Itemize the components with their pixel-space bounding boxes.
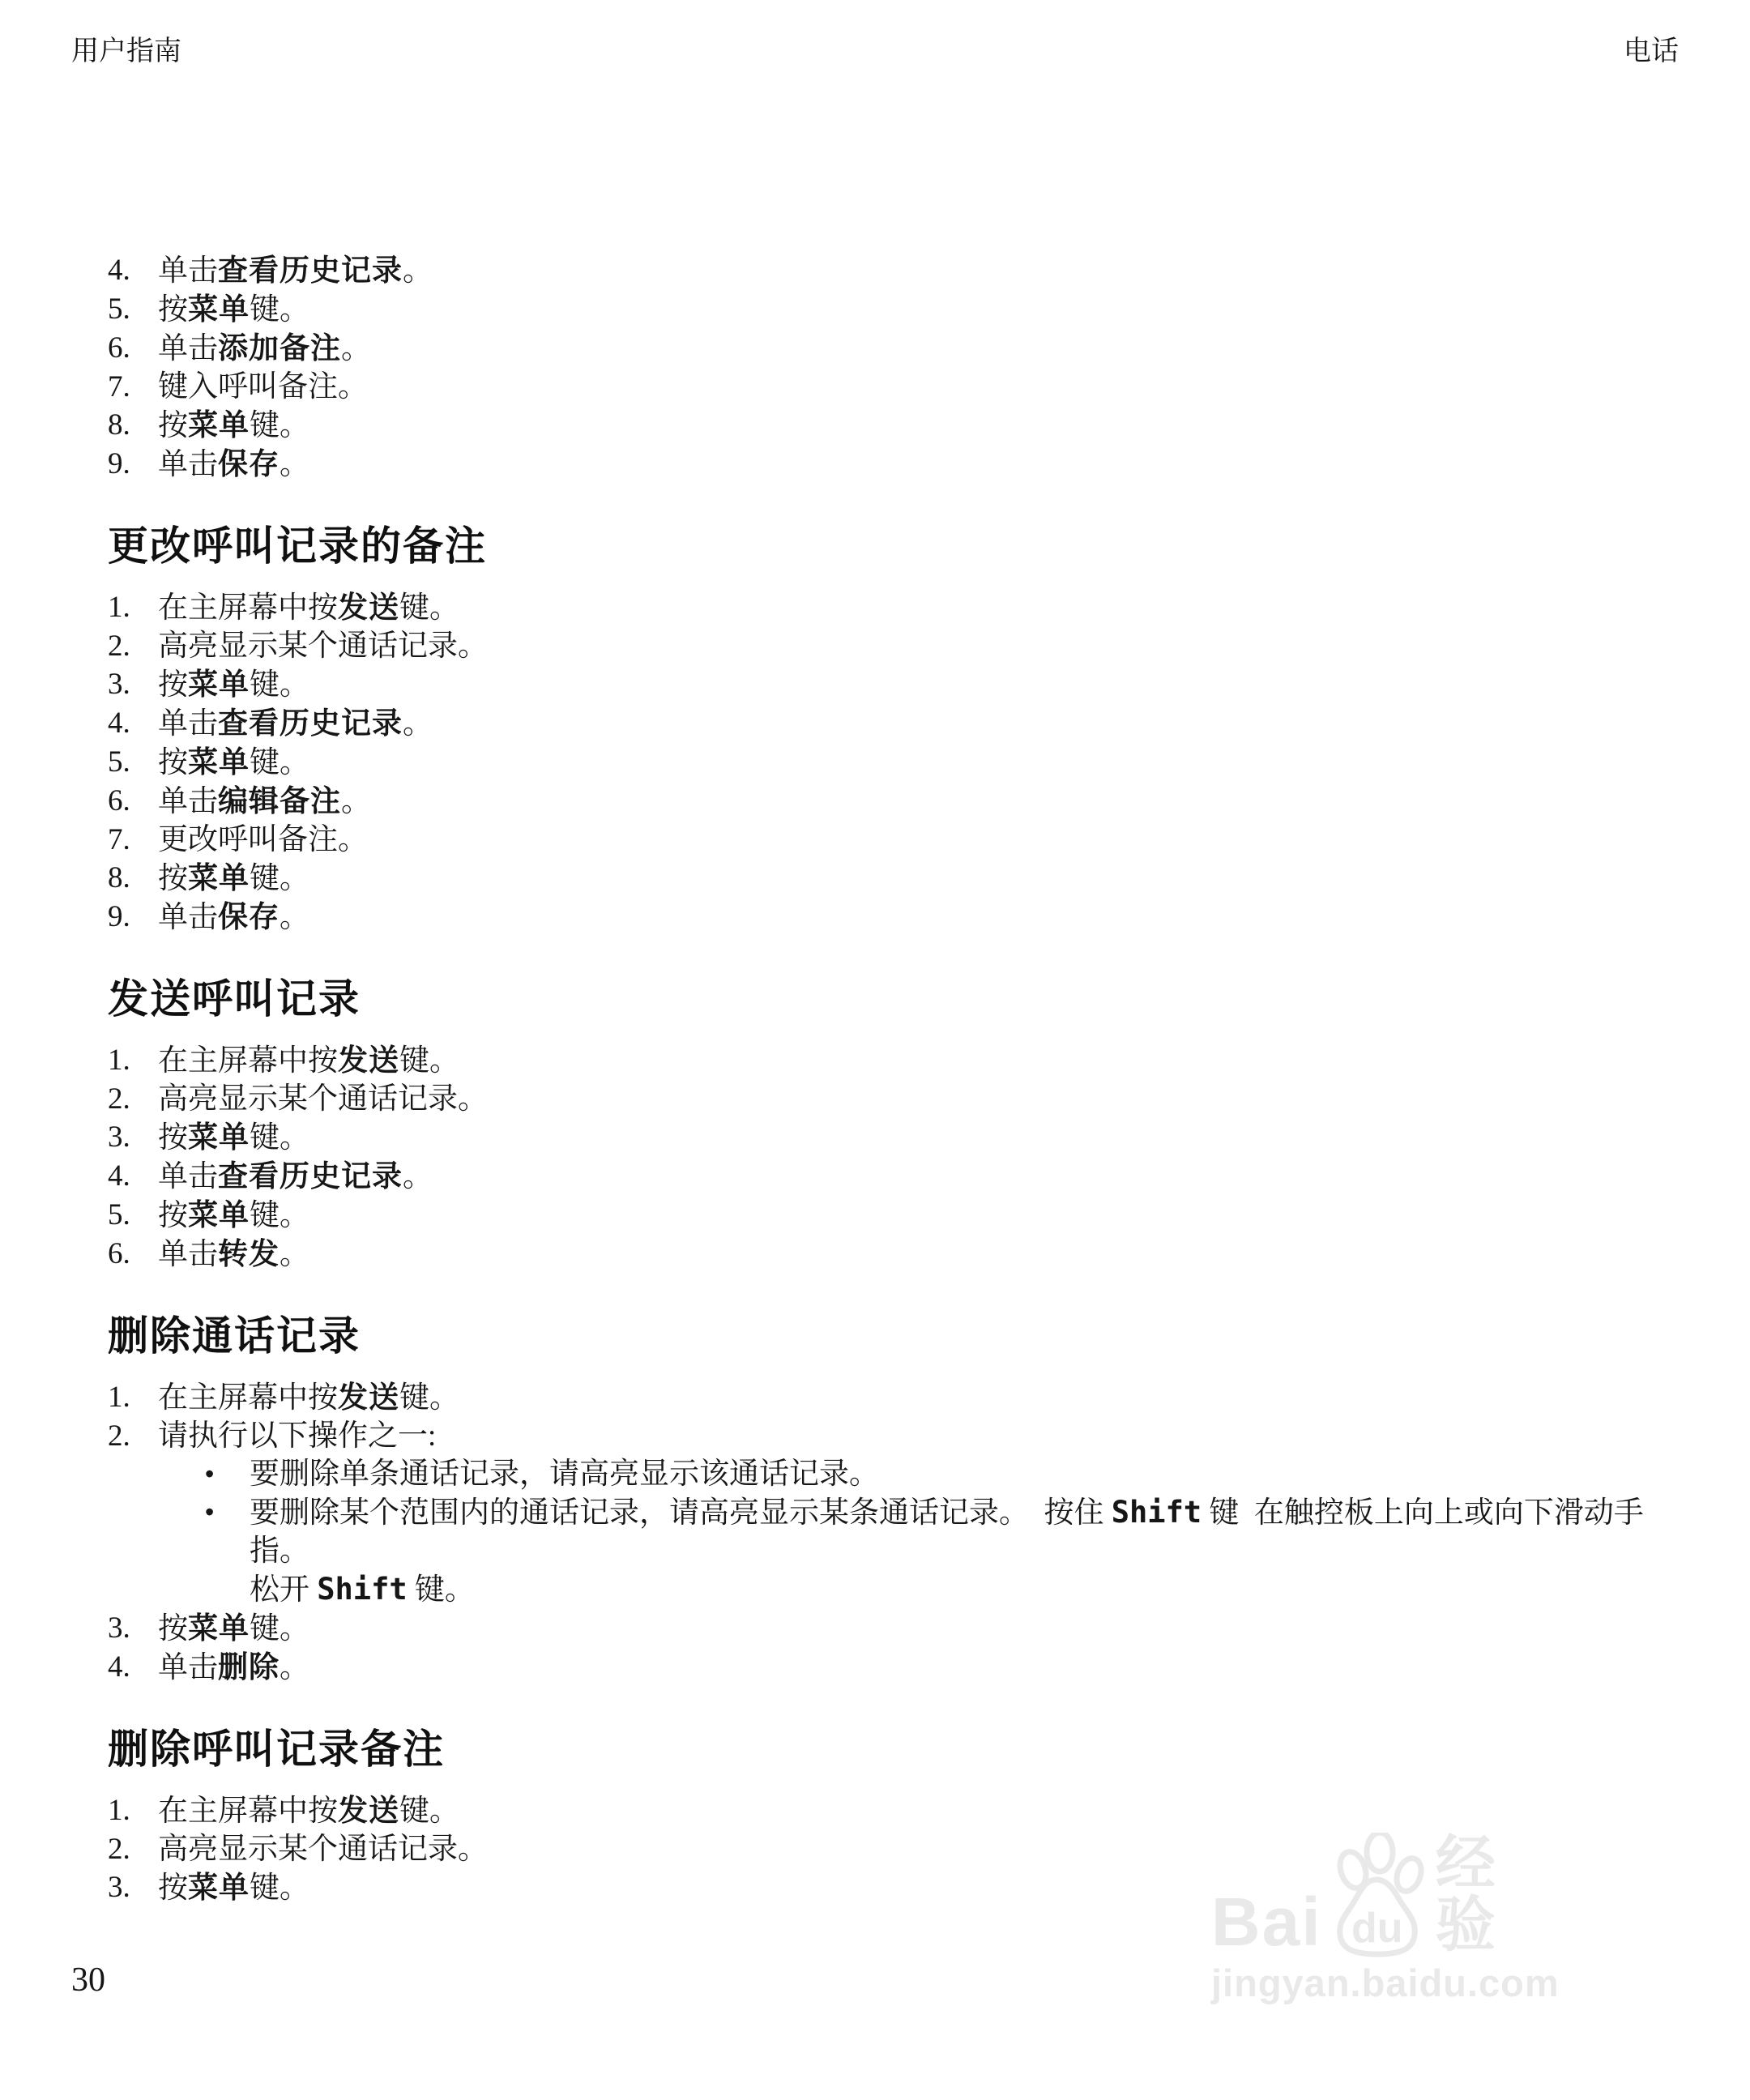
bold-term: 菜单 (188, 408, 250, 442)
watermark-url: jingyan.baidu.com (1211, 1962, 1543, 2004)
step-text: 单击删除。 (158, 1648, 1677, 1687)
step-item: 9.单击保存。 (0, 898, 1750, 937)
text-run: 按 (158, 1872, 188, 1905)
step-text: 在主屏幕中按发送键。 (158, 1041, 1677, 1080)
text-run: 要删除单条通话记录，请高亮显示该通话记录。 (250, 1458, 879, 1491)
step-item: 4.单击查看历史记录。 (0, 704, 1750, 743)
text-run: 单击 (158, 1238, 218, 1271)
text-run: 单击 (158, 448, 218, 481)
text-run: 高亮显示某个通话记录。 (158, 1833, 488, 1866)
bold-term: 发送 (338, 1794, 399, 1827)
step-item: 5.按菜单键。 (0, 1196, 1750, 1235)
step-text: 按菜单键。 (158, 859, 1677, 898)
bold-term: 菜单 (188, 1871, 250, 1904)
step-text: 按菜单键。 (158, 406, 1677, 445)
step-number: 3. (108, 1118, 158, 1156)
baidu-logo-du: du (1351, 1907, 1403, 1949)
bold-term: 添加备注 (218, 331, 341, 365)
document-page: 用户指南 电话 4.单击查看历史记录。5.按菜单键。6.单击添加备注。7.键入呼… (0, 0, 1750, 2100)
key-name: Shift (317, 1572, 407, 1607)
step-text: 请执行以下操作之一:•要删除单条通话记录，请高亮显示该通话记录。•要删除某个范围… (158, 1417, 1677, 1609)
bold-term: 菜单 (188, 1198, 250, 1231)
step-item: 7.更改呼叫备注。 (0, 821, 1750, 859)
step-list: 1.在主屏幕中按发送键。2.请执行以下操作之一:•要删除单条通话记录，请高亮显示… (0, 1378, 1750, 1687)
document-content: 4.单击查看历史记录。5.按菜单键。6.单击添加备注。7.键入呼叫备注。8.按菜… (0, 0, 1750, 1907)
bold-term: 菜单 (188, 1120, 250, 1154)
step-text: 单击编辑备注。 (158, 782, 1677, 821)
text-run: 按 (158, 862, 188, 895)
page-number: 30 (71, 1961, 105, 2000)
bold-term: 菜单 (188, 745, 250, 779)
step-number: 3. (108, 665, 158, 703)
step-number: 7. (108, 368, 158, 406)
step-text: 单击保存。 (158, 898, 1677, 937)
bold-term: 菜单 (188, 292, 250, 326)
step-text: 单击查看历史记录。 (158, 1157, 1677, 1196)
text-run: 。 (403, 1160, 433, 1193)
text-run: 按 (158, 409, 188, 442)
step-number: 3. (108, 1609, 158, 1647)
step-item: 3.按菜单键。 (0, 1609, 1750, 1648)
step-text: 按菜单键。 (158, 665, 1677, 704)
text-run: 单击 (158, 707, 218, 741)
baidu-jingyan-watermark: Bai du 经验 jingyan.baidu.com (1211, 1833, 1543, 2004)
step-text: 单击添加备注。 (158, 329, 1677, 368)
text-run: 按 (158, 668, 188, 702)
step-item: 6.单击添加备注。 (0, 329, 1750, 368)
text-run: 更改呼叫备注。 (158, 823, 368, 856)
bold-term: 转发 (218, 1237, 280, 1270)
section-heading: 删除通话记录 (108, 1312, 1750, 1360)
bold-term: 删除 (218, 1650, 280, 1684)
text-run: 。 (280, 1651, 309, 1684)
text-run: 键。 (250, 1121, 309, 1155)
text-run: 按 (158, 746, 188, 779)
text-run: 按 (158, 1612, 188, 1645)
step-number: 5. (108, 290, 158, 328)
text-run: 单击 (158, 1160, 218, 1193)
step-number: 6. (108, 329, 158, 367)
step-text: 按菜单键。 (158, 1609, 1677, 1648)
step-number: 9. (108, 445, 158, 483)
step-item: 2.请执行以下操作之一:•要删除单条通话记录，请高亮显示该通话记录。•要删除某个… (0, 1417, 1750, 1609)
text-run: 键入呼叫备注。 (158, 370, 368, 403)
section-heading: 发送呼叫记录 (108, 975, 1750, 1023)
step-item: 8.按菜单键。 (0, 406, 1750, 445)
text-run: 在主屏幕中按 (158, 1044, 338, 1078)
text-run: 键。 (408, 1573, 475, 1607)
text-run: 松开 (250, 1573, 317, 1607)
text-run: 键。 (399, 1795, 459, 1828)
step-item: 4.单击查看历史记录。 (0, 251, 1750, 290)
bullet-text: 要删除某个范围内的通话记录，请高亮显示某条通话记录。 按住 Shift 键 在触… (250, 1493, 1677, 1609)
text-run: 单击 (158, 785, 218, 818)
text-run: 在主屏幕中按 (158, 1381, 338, 1415)
step-text: 在主屏幕中按发送键。 (158, 1791, 1677, 1830)
step-number: 4. (108, 1157, 158, 1195)
text-run: 。 (403, 707, 433, 741)
step-item: 7.键入呼叫备注。 (0, 368, 1750, 406)
text-run: 按 (158, 1121, 188, 1155)
text-run: 键。 (250, 409, 309, 442)
step-item: 1.在主屏幕中按发送键。 (0, 1791, 1750, 1830)
text-run: 。 (280, 901, 309, 934)
text-run: 。 (403, 254, 433, 288)
text-run: 。 (280, 448, 309, 481)
step-number: 4. (108, 251, 158, 289)
bold-term: 编辑备注 (218, 784, 341, 817)
step-number: 8. (108, 859, 158, 897)
step-number: 1. (108, 1378, 158, 1416)
step-text: 单击查看历史记录。 (158, 704, 1677, 743)
text-run: 单击 (158, 901, 218, 934)
step-text: 在主屏幕中按发送键。 (158, 1378, 1677, 1417)
step-item: 6.单击转发。 (0, 1235, 1750, 1274)
bullet-text: 要删除单条通话记录，请高亮显示该通话记录。 (250, 1455, 1677, 1493)
baidu-logo: Bai du 经验 (1211, 1833, 1543, 1956)
step-number: 4. (108, 704, 158, 742)
step-text: 高亮显示某个通话记录。 (158, 627, 1677, 665)
baidu-logo-bai: Bai (1211, 1888, 1322, 1956)
step-number: 9. (108, 898, 158, 936)
step-item: 2.高亮显示某个通话记录。 (0, 1080, 1750, 1118)
text-run: 键。 (250, 1199, 309, 1232)
bullet-list: •要删除单条通话记录，请高亮显示该通话记录。•要删除某个范围内的通话记录，请高亮… (158, 1455, 1677, 1609)
step-item: 1.在主屏幕中按发送键。 (0, 1041, 1750, 1080)
text-run: 。 (280, 1238, 309, 1271)
step-item: 2.高亮显示某个通话记录。 (0, 627, 1750, 665)
key-name: Shift (1112, 1495, 1202, 1530)
step-number: 1. (108, 1041, 158, 1079)
text-run: 单击 (158, 1651, 218, 1684)
text-run: 请执行以下操作之一: (158, 1419, 436, 1453)
step-item: 5.按菜单键。 (0, 743, 1750, 782)
text-run: 键。 (250, 746, 309, 779)
bullet-icon: • (205, 1455, 250, 1493)
step-number: 5. (108, 743, 158, 781)
text-run: 键。 (399, 591, 459, 625)
section-heading: 删除呼叫记录备注 (108, 1725, 1750, 1773)
step-text: 按菜单键。 (158, 290, 1677, 329)
step-text: 单击转发。 (158, 1235, 1677, 1274)
bold-term: 保存 (218, 447, 280, 480)
step-text: 按菜单键。 (158, 743, 1677, 782)
text-run: 单击 (158, 254, 218, 288)
bold-term: 保存 (218, 900, 280, 933)
step-number: 1. (108, 1791, 158, 1829)
step-item: 3.按菜单键。 (0, 665, 1750, 704)
step-item: 1.在主屏幕中按发送键。 (0, 1378, 1750, 1417)
step-text: 按菜单键。 (158, 1118, 1677, 1157)
step-list: 4.单击查看历史记录。5.按菜单键。6.单击添加备注。7.键入呼叫备注。8.按菜… (0, 251, 1750, 484)
text-run: 单击 (158, 332, 218, 365)
bullet-item: •要删除单条通话记录，请高亮显示该通话记录。 (158, 1455, 1677, 1493)
text-run: 在主屏幕中按 (158, 591, 338, 625)
step-text: 单击保存。 (158, 445, 1677, 484)
text-run: 按 (158, 293, 188, 327)
step-item: 4.单击查看历史记录。 (0, 1157, 1750, 1196)
step-number: 5. (108, 1196, 158, 1234)
bold-term: 菜单 (188, 1611, 250, 1645)
bold-term: 发送 (338, 591, 399, 624)
baidu-logo-jingyan: 经验 (1436, 1833, 1543, 1956)
text-run: 键。 (250, 862, 309, 895)
step-text: 更改呼叫备注。 (158, 821, 1677, 859)
bold-term: 查看历史记录 (218, 706, 403, 740)
bold-term: 发送 (338, 1381, 399, 1414)
step-item: 3.按菜单键。 (0, 1118, 1750, 1157)
bold-term: 发送 (338, 1044, 399, 1077)
step-list: 1.在主屏幕中按发送键。2.高亮显示某个通话记录。3.按菜单键。4.单击查看历史… (0, 1041, 1750, 1274)
step-number: 4. (108, 1648, 158, 1686)
step-item: 1.在主屏幕中按发送键。 (0, 588, 1750, 627)
bullet-icon: • (205, 1493, 250, 1531)
text-run: 。 (341, 332, 371, 365)
text-run: 键。 (250, 1612, 309, 1645)
bold-term: 菜单 (188, 861, 250, 894)
baidu-paw-icon: du (1325, 1833, 1429, 1961)
step-text: 键入呼叫备注。 (158, 368, 1677, 406)
step-number: 2. (108, 627, 158, 665)
step-text: 高亮显示某个通话记录。 (158, 1080, 1677, 1118)
step-number: 8. (108, 406, 158, 444)
step-number: 7. (108, 821, 158, 859)
step-text: 在主屏幕中按发送键。 (158, 588, 1677, 627)
bold-term: 菜单 (188, 668, 250, 701)
text-run: 键。 (250, 668, 309, 702)
step-item: 9.单击保存。 (0, 445, 1750, 484)
section-heading: 更改呼叫记录的备注 (108, 522, 1750, 570)
text-run: 键。 (399, 1381, 459, 1415)
bullet-item: •要删除某个范围内的通话记录，请高亮显示某条通话记录。 按住 Shift 键 在… (158, 1493, 1677, 1609)
bold-term: 查看历史记录 (218, 1159, 403, 1193)
text-run: 按 (158, 1199, 188, 1232)
step-number: 6. (108, 1235, 158, 1273)
step-list: 1.在主屏幕中按发送键。2.高亮显示某个通话记录。3.按菜单键。4.单击查看历史… (0, 588, 1750, 937)
step-number: 2. (108, 1080, 158, 1118)
text-run: 在主屏幕中按 (158, 1795, 338, 1828)
text-run: 要删除某个范围内的通话记录，请高亮显示某条通话记录。 按住 (250, 1496, 1112, 1530)
bold-term: 查看历史记录 (218, 254, 403, 287)
step-item: 4.单击删除。 (0, 1648, 1750, 1687)
text-run: 。 (341, 785, 371, 818)
text-run: 键。 (250, 293, 309, 327)
step-number: 3. (108, 1868, 158, 1906)
step-number: 2. (108, 1417, 158, 1455)
step-number: 2. (108, 1830, 158, 1868)
step-text: 按菜单键。 (158, 1196, 1677, 1235)
text-run: 键。 (250, 1872, 309, 1905)
step-number: 6. (108, 782, 158, 820)
step-item: 6.单击编辑备注。 (0, 782, 1750, 821)
step-item: 5.按菜单键。 (0, 290, 1750, 329)
text-run: 高亮显示某个通话记录。 (158, 630, 488, 663)
step-item: 8.按菜单键。 (0, 859, 1750, 898)
text-run: 高亮显示某个通话记录。 (158, 1082, 488, 1116)
step-text: 单击查看历史记录。 (158, 251, 1677, 290)
step-number: 1. (108, 588, 158, 626)
text-run: 键。 (399, 1044, 459, 1078)
